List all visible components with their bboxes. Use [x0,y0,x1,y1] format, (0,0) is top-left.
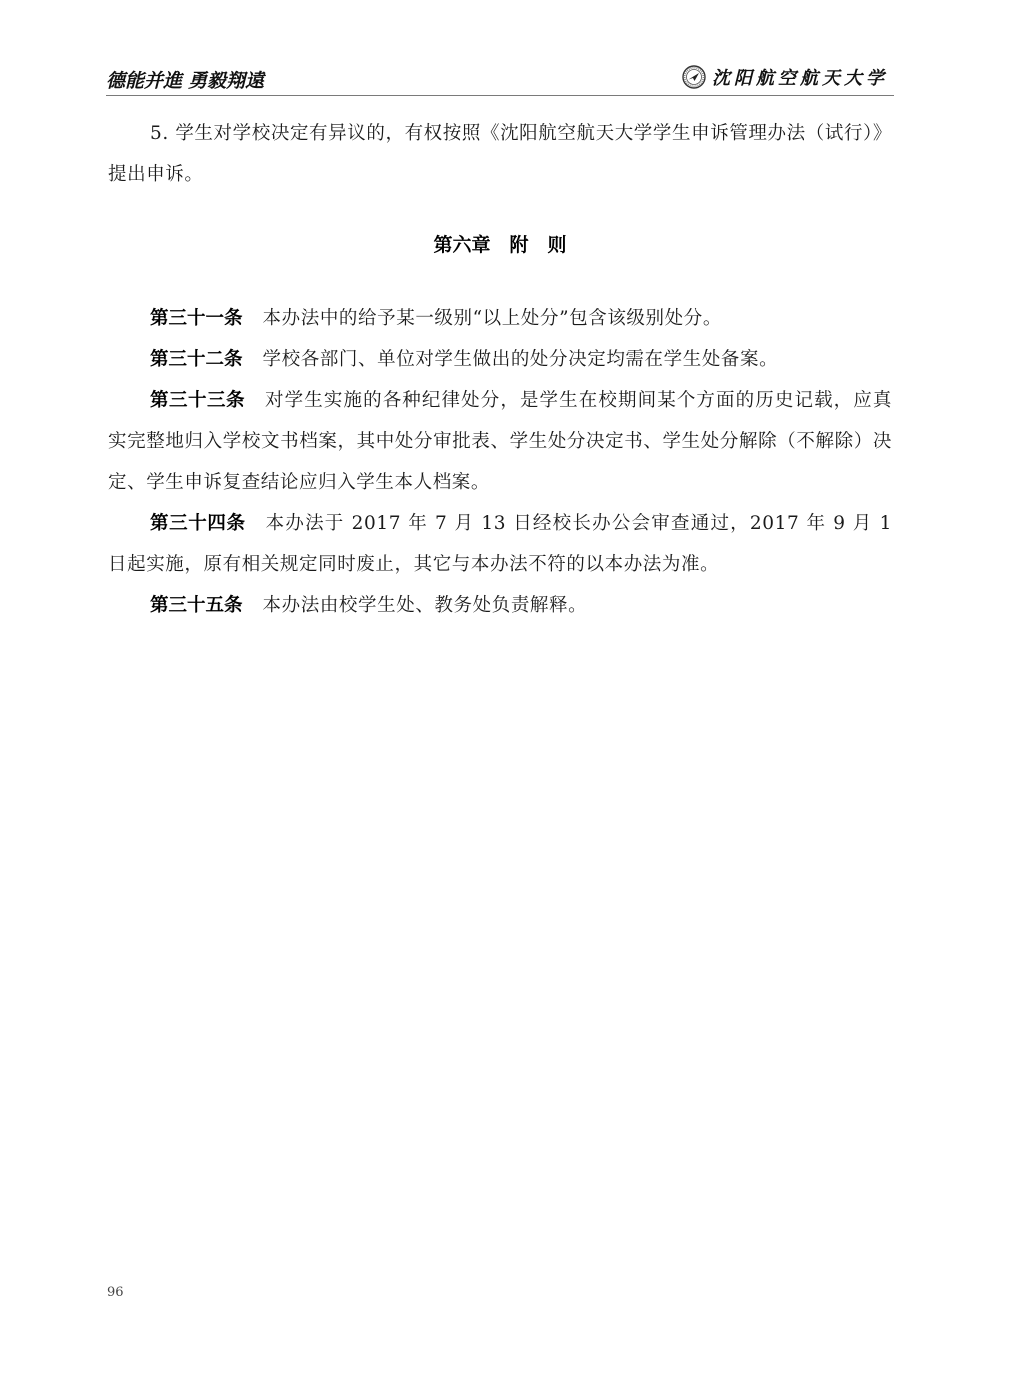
article-34: 第三十四条本办法于 2017 年 7 月 13 日经校长办公会审查通过，2017… [108,503,892,585]
article-text: 本办法由校学生处、教务处负责解释。 [263,595,588,616]
article-label: 第三十二条 [150,349,243,370]
article-35: 第三十五条本办法由校学生处、教务处负责解释。 [108,585,892,626]
university-name: 沈阳航空航天大学 [712,64,888,90]
article-label: 第三十五条 [150,595,243,616]
page-number: 96 [107,1285,124,1300]
header-university: 沈阳航空航天大学 [682,64,888,90]
intro-paragraph: 5. 学生对学校决定有异议的，有权按照《沈阳航空航天大学学生申诉管理办法（试行）… [108,113,892,195]
article-32: 第三十二条学校各部门、单位对学生做出的处分决定均需在学生处备案。 [108,339,892,380]
header-rule [106,95,894,96]
article-label: 第三十四条 [150,513,246,534]
motto-part-1: 德能并進 [106,70,182,92]
page-header: 德能并進勇毅翔遠 沈阳航空航天大学 [106,64,894,96]
header-motto: 德能并進勇毅翔遠 [106,66,264,93]
university-seal-icon [682,65,706,89]
document-body: 5. 学生对学校决定有异议的，有权按照《沈阳航空航天大学学生申诉管理办法（试行）… [108,113,892,626]
article-31: 第三十一条本办法中的给予某一级别“以上处分”包含该级别处分。 [108,298,892,339]
article-33: 第三十三条对学生实施的各种纪律处分，是学生在校期间某个方面的历史记载，应真实完整… [108,380,892,503]
article-label: 第三十一条 [150,308,243,329]
article-text: 学校各部门、单位对学生做出的处分决定均需在学生处备案。 [263,349,779,370]
article-text: 本办法中的给予某一级别“以上处分”包含该级别处分。 [263,308,722,329]
motto-part-2: 勇毅翔遠 [188,70,264,92]
article-label: 第三十三条 [150,390,245,411]
chapter-title: 第六章 附 则 [108,195,892,298]
